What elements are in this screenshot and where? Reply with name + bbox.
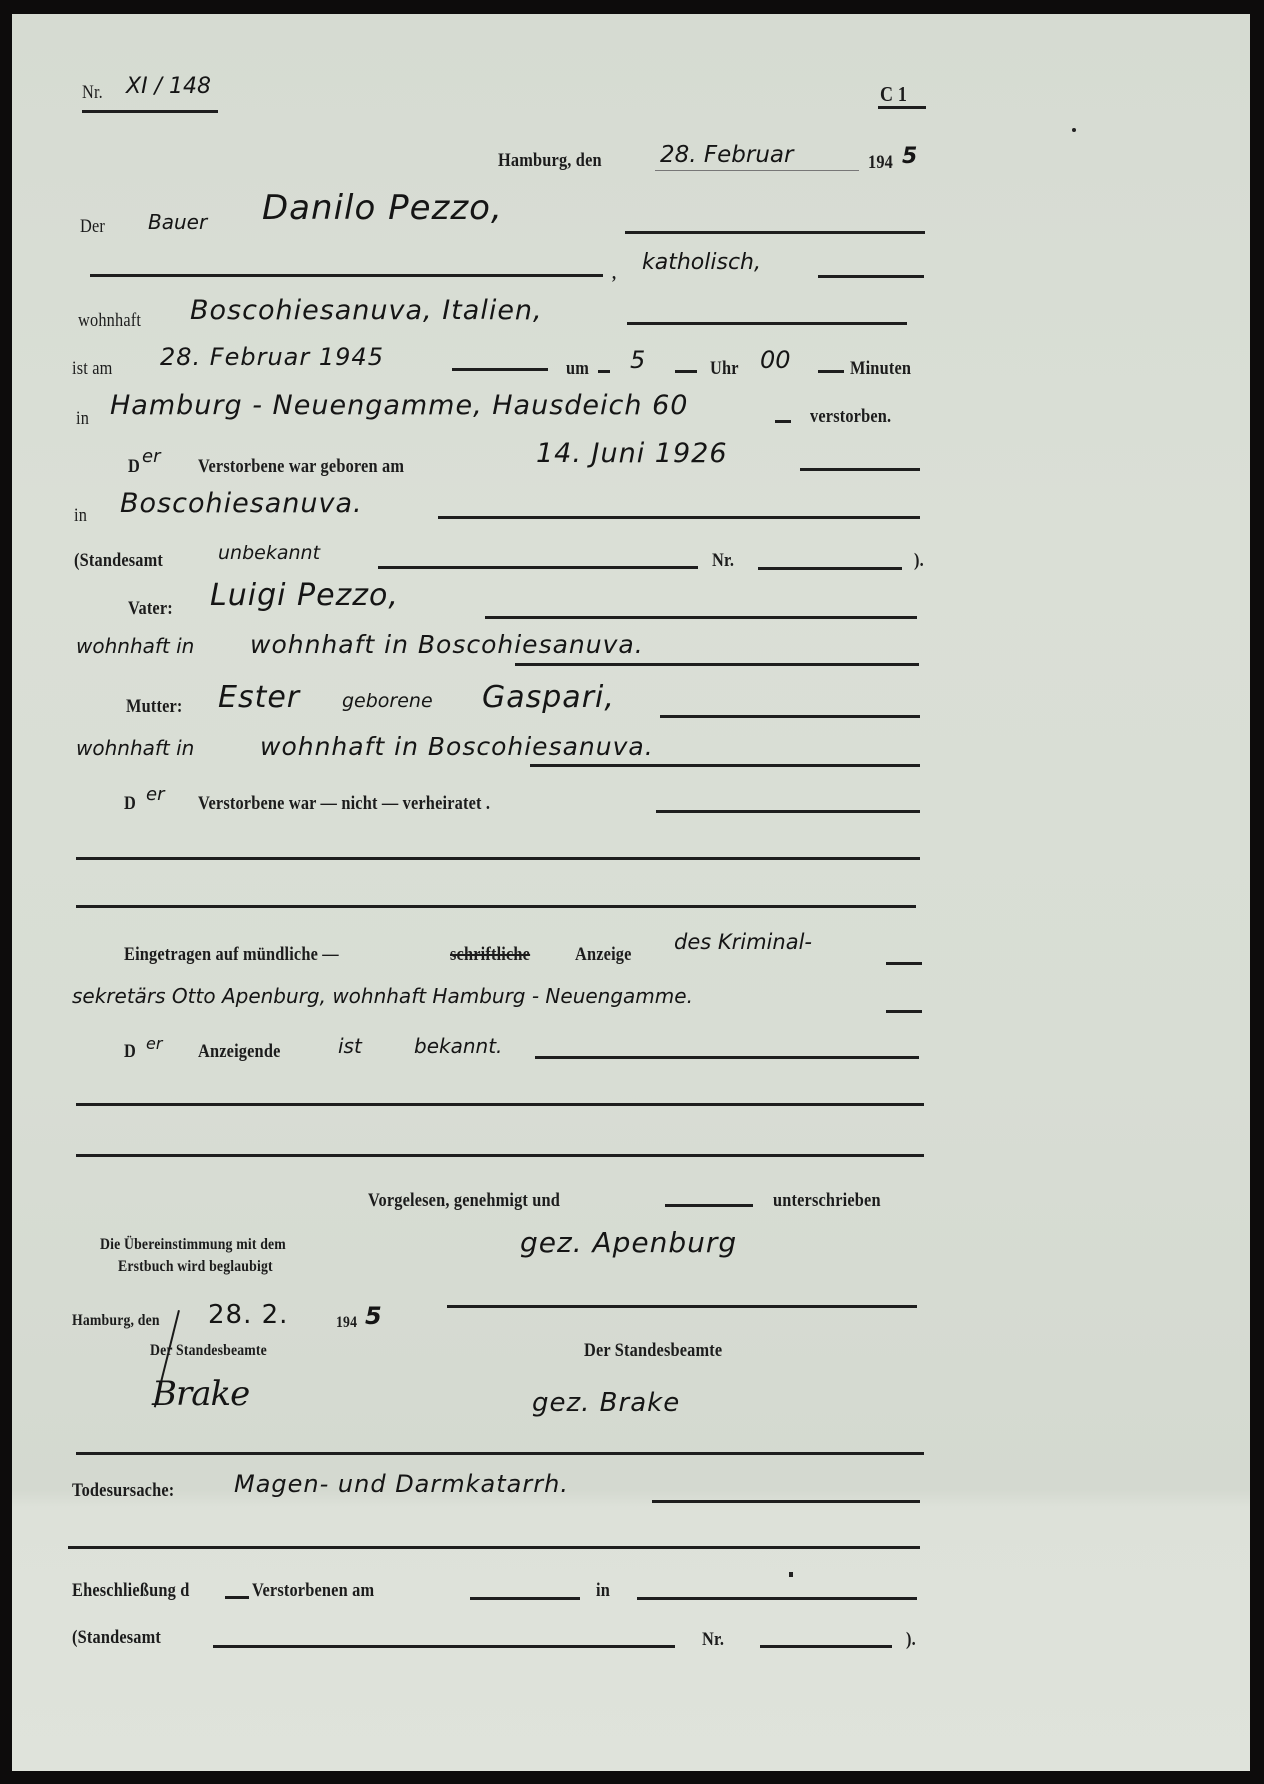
form-code: C 1 <box>880 82 907 107</box>
birth-der-prefix: D <box>128 456 140 478</box>
birth-place: Boscohiesanuva. <box>120 488 363 519</box>
certification-registrar-label: Der Standesbeamte <box>150 1342 267 1360</box>
mother-label: Mutter: <box>126 696 183 718</box>
marriage-label-a: Eheschließung d <box>72 1580 189 1602</box>
form-code-underline <box>878 106 926 109</box>
marriage-standesamt-line <box>213 1645 675 1648</box>
certification-year-suffix: 5 <box>365 1302 382 1330</box>
residence-line <box>627 322 907 325</box>
death-minutes: 00 <box>760 346 791 374</box>
anzeigende-der-prefix: D <box>124 1041 136 1063</box>
father-residence-line <box>515 663 919 666</box>
um-label: um <box>566 358 589 380</box>
marriage-in-label: in <box>596 1580 610 1602</box>
death-place: Hamburg - Neuengamme, Hausdeich 60 <box>110 390 688 421</box>
mother-residence-line <box>530 764 920 767</box>
separator-line <box>76 1452 924 1455</box>
marital-text: Verstorbene war — nicht — verheiratet . <box>198 793 490 815</box>
certification-line2: Erstbuch wird beglaubigt <box>118 1258 273 1276</box>
birth-standesamt-line <box>378 566 698 569</box>
registration-text-b: Anzeige <box>575 944 632 966</box>
registration-struck: schriftliche <box>450 944 530 966</box>
deceased-name: Danilo Pezzo, <box>262 188 503 228</box>
mother-residence: wohnhaft in Boscohiesanuva. <box>260 732 654 761</box>
religion: katholisch, <box>642 250 761 275</box>
minutes-dash <box>818 370 844 373</box>
marriage-close: ). <box>906 1629 916 1651</box>
death-hour: 5 <box>630 346 645 374</box>
blank-line <box>90 274 603 277</box>
mother-maiden-name: Gaspari, <box>482 680 615 715</box>
marriage-nr-label: Nr. <box>702 1629 724 1651</box>
ist: ist <box>338 1034 362 1058</box>
mother-line <box>660 715 920 718</box>
certification-date: 28. 2. <box>208 1300 288 1330</box>
registration-text-a: Eingetragen auf mündliche — <box>124 944 339 966</box>
um-dash <box>598 370 610 373</box>
uhr-label: Uhr <box>710 358 739 380</box>
blank-line-2 <box>76 905 916 908</box>
year-suffix: 5 <box>902 144 917 169</box>
certification-signature: Brake <box>152 1374 249 1414</box>
marriage-place-line <box>637 1597 917 1600</box>
mother-first-name: Ester <box>218 680 300 715</box>
cause-line-2 <box>68 1546 920 1549</box>
document-page <box>12 14 1250 1771</box>
mother-residence-prefix: wohnhaft in <box>76 736 194 760</box>
cause-line <box>652 1500 920 1503</box>
registrar-label: Der Standesbeamte <box>584 1340 722 1362</box>
signature-line <box>447 1305 917 1308</box>
residence: Boscohiesanuva, Italien, <box>190 295 543 326</box>
birth-standesamt-label: (Standesamt <box>74 550 163 572</box>
year-prefix: 194 <box>868 152 893 174</box>
religion-line <box>818 275 924 278</box>
ist-am-label: ist am <box>72 358 113 380</box>
marriage-nr-line <box>760 1645 892 1648</box>
read-line <box>665 1204 753 1207</box>
bekannt: bekannt. <box>414 1034 502 1058</box>
birth-place-line <box>438 516 920 519</box>
death-date: 28. Februar 1945 <box>160 343 384 371</box>
certification-year-prefix: 194 <box>336 1314 357 1332</box>
marriage-standesamt-label: (Standesamt <box>72 1627 161 1649</box>
cause-label: Todesursache: <box>72 1480 174 1502</box>
cause-value: Magen- und Darmkatarrh. <box>234 1470 569 1498</box>
anzeigende-label: Anzeigende <box>198 1041 281 1063</box>
speck <box>1072 128 1076 132</box>
der-label: Der <box>80 216 105 238</box>
informant-line2: sekretärs Otto Apenburg, wohnhaft Hambur… <box>72 984 693 1008</box>
hour-dash <box>675 370 697 373</box>
marital-der-prefix: D <box>124 793 136 815</box>
blank-line-4 <box>76 1154 924 1157</box>
nr-value: XI / 148 <box>126 74 211 99</box>
death-date-line <box>452 368 548 371</box>
nr-label: Nr. <box>82 82 103 104</box>
read-text-a: Vorgelesen, genehmigt und <box>368 1190 560 1212</box>
marital-der-suffix: er <box>146 784 164 805</box>
birth-standesamt-value: unbekannt <box>218 542 320 564</box>
date-value: 28. Februar <box>660 142 793 168</box>
blank-line-1 <box>76 857 920 860</box>
informant-signature: gez. Apenburg <box>520 1226 737 1259</box>
date-dotted-line <box>655 170 859 171</box>
birth-nr-line <box>758 567 902 570</box>
birth-nr-label: Nr. <box>712 550 734 572</box>
birth-date: 14. Juni 1926 <box>536 438 728 469</box>
informant-dash-1 <box>886 962 922 965</box>
mother-geborene: geborene <box>342 690 433 712</box>
death-in-label: in <box>76 408 89 430</box>
occupation: Bauer <box>148 210 207 234</box>
nr-underline <box>82 110 218 113</box>
registrar-signature: gez. Brake <box>532 1388 680 1418</box>
born-label: Verstorbene war geboren am <box>198 456 404 478</box>
birth-close: ). <box>914 550 924 572</box>
informant-dash-2 <box>886 1010 922 1013</box>
residence-label: wohnhaft <box>78 310 141 332</box>
birth-date-line <box>800 468 920 471</box>
marriage-date-line <box>470 1597 580 1600</box>
birth-der-suffix: er <box>142 446 160 467</box>
certification-place-label: Hamburg, den <box>72 1312 160 1330</box>
father-residence-prefix: wohnhaft in <box>76 634 194 658</box>
marriage-d-dash <box>225 1596 249 1599</box>
father-label: Vater: <box>128 598 173 620</box>
father-name: Luigi Pezzo, <box>210 578 399 613</box>
informant-line1: des Kriminal- <box>674 930 812 954</box>
place-dash <box>775 420 791 423</box>
anzeigende-line <box>535 1056 919 1059</box>
father-line <box>485 616 917 619</box>
minuten-label: Minuten <box>850 358 911 380</box>
place-date-label: Hamburg, den <box>498 150 602 172</box>
marital-line <box>656 810 920 813</box>
blank-line-3 <box>76 1103 924 1106</box>
birth-in-label: in <box>74 505 87 527</box>
verstorben-label: verstorben. <box>810 406 891 428</box>
anzeigende-der-suffix: er <box>146 1034 162 1053</box>
read-text-b: unterschrieben <box>773 1190 881 1212</box>
speck <box>789 1572 793 1577</box>
father-residence: wohnhaft in Boscohiesanuva. <box>250 630 644 659</box>
name-line <box>625 231 925 234</box>
marriage-label-b: Verstorbenen am <box>252 1580 374 1602</box>
certification-line1: Die Übereinstimmung mit dem <box>100 1236 286 1254</box>
comma: , <box>612 263 616 285</box>
